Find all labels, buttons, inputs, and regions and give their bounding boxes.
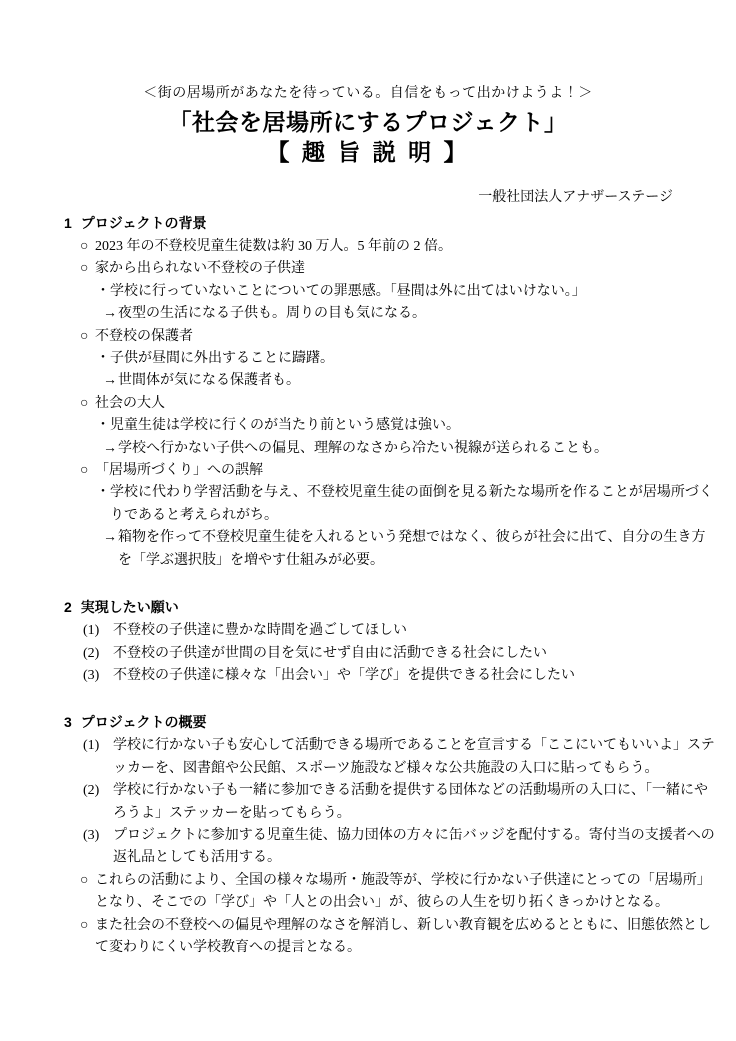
section-heading: 1プロジェクトの背景 bbox=[64, 214, 716, 232]
section-title: プロジェクトの概要 bbox=[81, 714, 207, 730]
number-marker: (3) bbox=[83, 825, 113, 847]
bullet-marker: ・ bbox=[96, 415, 110, 437]
list-item-text: 子供が昼間に外出することに躊躇。 bbox=[110, 348, 716, 370]
circle-marker: ○ bbox=[80, 326, 95, 348]
list-item: ○ 不登校の保護者 bbox=[64, 326, 716, 348]
circle-marker: ○ bbox=[80, 460, 95, 482]
section-title: プロジェクトの背景 bbox=[81, 215, 207, 231]
list-item-text: 2023 年の不登校児童生徒数は約 30 万人。5 年前の 2 倍。 bbox=[95, 236, 716, 258]
list-item-text: 学校に代わり学習活動を与え、不登校児童生徒の面倒を見る新たな場所を作ることが居場… bbox=[110, 482, 716, 527]
list-item-text: 児童生徒は学校に行くのが当たり前という感覚は強い。 bbox=[110, 415, 716, 437]
tagline: ＜街の居場所があなたを待っている。自信をもって出かけようよ！＞ bbox=[0, 86, 736, 102]
section-background: 1プロジェクトの背景 ○ 2023 年の不登校児童生徒数は約 30 万人。5 年… bbox=[64, 214, 716, 572]
list-item: → 夜型の生活になる子供も。周りの目も気になる。 bbox=[64, 303, 716, 325]
number-marker: (3) bbox=[83, 665, 113, 687]
circle-marker: ○ bbox=[80, 258, 95, 280]
arrow-marker: → bbox=[103, 527, 118, 549]
list-item-text: 不登校の保護者 bbox=[95, 326, 716, 348]
circle-marker: ○ bbox=[80, 393, 95, 415]
circle-marker: ○ bbox=[80, 870, 95, 892]
list-item: (2) 学校に行かない子も一緒に参加できる活動を提供する団体などの活動場所の入口… bbox=[64, 780, 716, 825]
bullet-marker: ・ bbox=[96, 482, 110, 504]
list-item: ○ 2023 年の不登校児童生徒数は約 30 万人。5 年前の 2 倍。 bbox=[64, 236, 716, 258]
section-heading: 3プロジェクトの概要 bbox=[64, 713, 716, 731]
document-header: ＜街の居場所があなたを待っている。自信をもって出かけようよ！＞ 「社会を居場所に… bbox=[0, 86, 736, 206]
list-item-text: 不登校の子供達が世間の目を気にせず自由に活動できる社会にしたい bbox=[113, 643, 716, 665]
list-item: ・ 学校に行っていないことについての罪悪感。「昼間は外に出てはいけない。」 bbox=[64, 281, 716, 303]
bullet-marker: ・ bbox=[96, 348, 110, 370]
list-item-text: 不登校の子供達に様々な「出会い」や「学び」を提供できる社会にしたい bbox=[113, 665, 716, 687]
bullet-marker: ・ bbox=[96, 281, 110, 303]
number-marker: (1) bbox=[83, 620, 113, 642]
list-item: ・ 児童生徒は学校に行くのが当たり前という感覚は強い。 bbox=[64, 415, 716, 437]
list-item: ○ これらの活動により、全国の様々な場所・施設等が、学校に行かない子供達にとって… bbox=[64, 870, 716, 915]
section-title: 実現したい願い bbox=[81, 599, 179, 615]
section-number: 3 bbox=[64, 713, 72, 731]
section-overview: 3プロジェクトの概要 (1) 学校に行かない子も安心して活動できる場所であること… bbox=[64, 713, 716, 959]
list-item-text: これらの活動により、全国の様々な場所・施設等が、学校に行かない子供達にとっての「… bbox=[95, 870, 716, 915]
list-item-text: 社会の大人 bbox=[95, 393, 716, 415]
document-title: 「社会を居場所にするプロジェクト」 bbox=[0, 108, 736, 136]
list-item: → 箱物を作って不登校児童生徒を入れるという発想ではなく、彼らが社会に出て、自分… bbox=[64, 527, 716, 572]
section-number: 2 bbox=[64, 598, 72, 616]
list-item: (3) 不登校の子供達に様々な「出会い」や「学び」を提供できる社会にしたい bbox=[64, 665, 716, 687]
list-item: ・ 学校に代わり学習活動を与え、不登校児童生徒の面倒を見る新たな場所を作ることが… bbox=[64, 482, 716, 527]
list-item: ○ また社会の不登校への偏見や理解のなさを解消し、新しい教育観を広めるとともに、… bbox=[64, 915, 716, 960]
organization-name: 一般社団法人アナザーステージ bbox=[0, 190, 736, 206]
circle-marker: ○ bbox=[80, 236, 95, 258]
document-subtitle: 【 趣 旨 説 明 】 bbox=[0, 138, 736, 166]
arrow-marker: → bbox=[103, 438, 118, 460]
arrow-marker: → bbox=[103, 303, 118, 325]
list-item-text: 箱物を作って不登校児童生徒を入れるという発想ではなく、彼らが社会に出て、自分の生… bbox=[118, 527, 716, 572]
list-item-text: プロジェクトに参加する児童生徒、協力団体の方々に缶バッジを配付する。寄付当の支援… bbox=[113, 825, 716, 870]
list-item-text: 夜型の生活になる子供も。周りの目も気になる。 bbox=[118, 303, 716, 325]
list-item: ○ 家から出られない不登校の子供達 bbox=[64, 258, 716, 280]
list-item-text: また社会の不登校への偏見や理解のなさを解消し、新しい教育観を広めるとともに、旧態… bbox=[95, 915, 716, 960]
list-item: (1) 不登校の子供達に豊かな時間を過ごしてほしい bbox=[64, 620, 716, 642]
number-marker: (2) bbox=[83, 780, 113, 802]
section-number: 1 bbox=[64, 214, 72, 232]
list-item-text: 学校へ行かない子供への偏見、理解のなさから冷たい視線が送られることも。 bbox=[118, 438, 716, 460]
list-item-text: 世間体が気になる保護者も。 bbox=[118, 370, 716, 392]
list-item: (2) 不登校の子供達が世間の目を気にせず自由に活動できる社会にしたい bbox=[64, 643, 716, 665]
list-item: → 学校へ行かない子供への偏見、理解のなさから冷たい視線が送られることも。 bbox=[64, 438, 716, 460]
section-heading: 2実現したい願い bbox=[64, 598, 716, 616]
list-item: (1) 学校に行かない子も安心して活動できる場所であることを宣言する「ここにいて… bbox=[64, 735, 716, 780]
list-item: ○ 「居場所づくり」への誤解 bbox=[64, 460, 716, 482]
list-item: ○ 社会の大人 bbox=[64, 393, 716, 415]
arrow-marker: → bbox=[103, 370, 118, 392]
list-item: ・ 子供が昼間に外出することに躊躇。 bbox=[64, 348, 716, 370]
number-marker: (2) bbox=[83, 643, 113, 665]
section-wishes: 2実現したい願い (1) 不登校の子供達に豊かな時間を過ごしてほしい (2) 不… bbox=[64, 598, 716, 687]
document-page: ＜街の居場所があなたを待っている。自信をもって出かけようよ！＞ 「社会を居場所に… bbox=[0, 0, 736, 1041]
list-item-text: 家から出られない不登校の子供達 bbox=[95, 258, 716, 280]
list-item-text: 学校に行かない子も安心して活動できる場所であることを宣言する「ここにいてもいいよ… bbox=[113, 735, 716, 780]
list-item-text: 不登校の子供達に豊かな時間を過ごしてほしい bbox=[113, 620, 716, 642]
list-item: (3) プロジェクトに参加する児童生徒、協力団体の方々に缶バッジを配付する。寄付… bbox=[64, 825, 716, 870]
list-item: → 世間体が気になる保護者も。 bbox=[64, 370, 716, 392]
list-item-text: 「居場所づくり」への誤解 bbox=[95, 460, 716, 482]
list-item-text: 学校に行っていないことについての罪悪感。「昼間は外に出てはいけない。」 bbox=[110, 281, 716, 303]
number-marker: (1) bbox=[83, 735, 113, 757]
document-body: 1プロジェクトの背景 ○ 2023 年の不登校児童生徒数は約 30 万人。5 年… bbox=[0, 214, 736, 959]
circle-marker: ○ bbox=[80, 915, 95, 937]
list-item-text: 学校に行かない子も一緒に参加できる活動を提供する団体などの活動場所の入口に、「一… bbox=[113, 780, 716, 825]
